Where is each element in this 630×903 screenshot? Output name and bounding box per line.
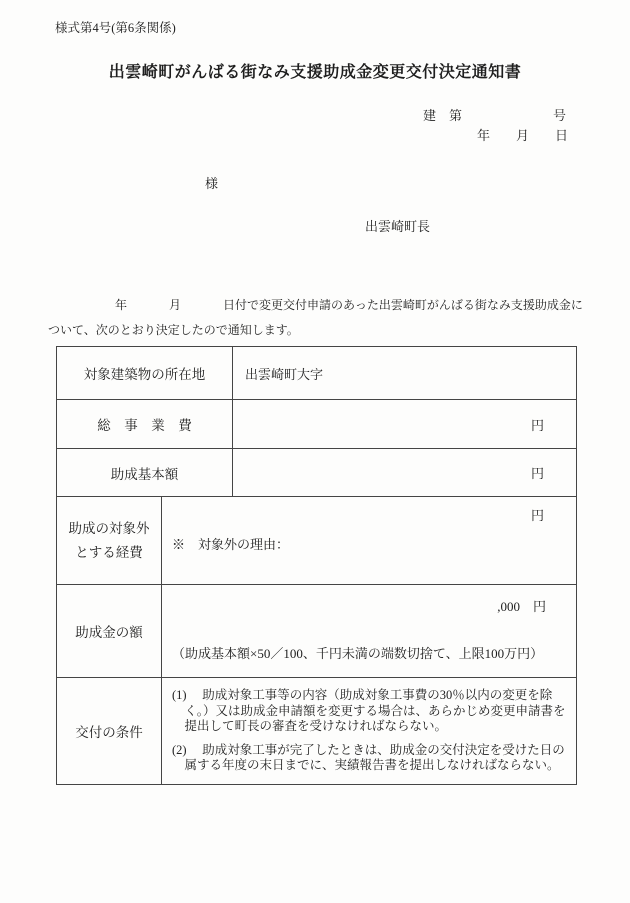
row-label-conditions: 交付の条件	[57, 678, 162, 784]
page-title: 出雲崎町がんばる街なみ支援助成金変更交付決定通知書	[0, 59, 630, 82]
doc-number-line: 建 第 号	[423, 105, 566, 124]
document-page: 様式第4号(第6条関係) 出雲崎町がんばる街なみ支援助成金変更交付決定通知書 建…	[0, 0, 630, 903]
body-date-year: 年	[115, 296, 127, 313]
body-paragraph-line1: 日付で変更交付申請のあった出雲崎町がんばる街なみ支援助成金に	[223, 296, 583, 313]
row-label-excluded-cost: 助成の対象外 とする経費	[57, 497, 162, 584]
date-line: 年 月 日	[477, 125, 568, 144]
notice-table: 対象建築物の所在地 出雲崎町大字 総 事 業 費 円 助成基本額 円 助成の対象…	[56, 346, 577, 785]
row-unit-base-amount: 円	[233, 449, 576, 496]
row-label-base-amount: 助成基本額	[57, 449, 233, 496]
grant-amount-value: ,000 円	[497, 596, 546, 615]
form-number: 様式第4号(第6条関係)	[55, 18, 176, 36]
condition-item-2: (2) 助成対象工事が完了したときは、助成金の交付決定を受けた日の 属する年度の…	[172, 743, 572, 774]
row-label-grant-amount: 助成金の額	[57, 585, 162, 677]
addressee-suffix: 様	[205, 173, 218, 192]
table-row-excluded-cost: 助成の対象外 とする経費 円 ※ 対象外の理由：	[57, 496, 576, 584]
row-label-total-cost: 総 事 業 費	[57, 400, 233, 448]
row-cell-conditions: (1) 助成対象工事等の内容（助成対象工事費の30％以内の変更を除 く。）又は助…	[162, 678, 576, 784]
sender-title: 出雲崎町長	[365, 216, 430, 235]
row-label-location: 対象建築物の所在地	[57, 347, 233, 399]
body-paragraph-line2: ついて、次のとおり決定したので通知します。	[48, 321, 299, 338]
excluded-unit: 円	[531, 505, 544, 524]
row-cell-grant-amount: ,000 円 （助成基本額×50／100、千円未満の端数切捨て、上限100万円）	[162, 585, 576, 677]
grant-amount-formula: （助成基本額×50／100、千円未満の端数切捨て、上限100万円）	[172, 643, 543, 662]
table-row-location: 対象建築物の所在地 出雲崎町大字	[57, 347, 576, 399]
table-row-conditions: 交付の条件 (1) 助成対象工事等の内容（助成対象工事費の30％以内の変更を除 …	[57, 677, 576, 784]
table-row-total-cost: 総 事 業 費 円	[57, 399, 576, 448]
table-row-base-amount: 助成基本額 円	[57, 448, 576, 496]
table-row-grant-amount: 助成金の額 ,000 円 （助成基本額×50／100、千円未満の端数切捨て、上限…	[57, 584, 576, 677]
row-cell-excluded-cost: 円 ※ 対象外の理由：	[162, 497, 576, 584]
body-date-month: 月	[169, 296, 181, 313]
row-value-location: 出雲崎町大字	[233, 347, 576, 399]
row-unit-total-cost: 円	[233, 400, 576, 448]
excluded-reason-note: ※ 対象外の理由：	[172, 534, 289, 553]
condition-item-1: (1) 助成対象工事等の内容（助成対象工事費の30％以内の変更を除 く。）又は助…	[172, 688, 572, 735]
